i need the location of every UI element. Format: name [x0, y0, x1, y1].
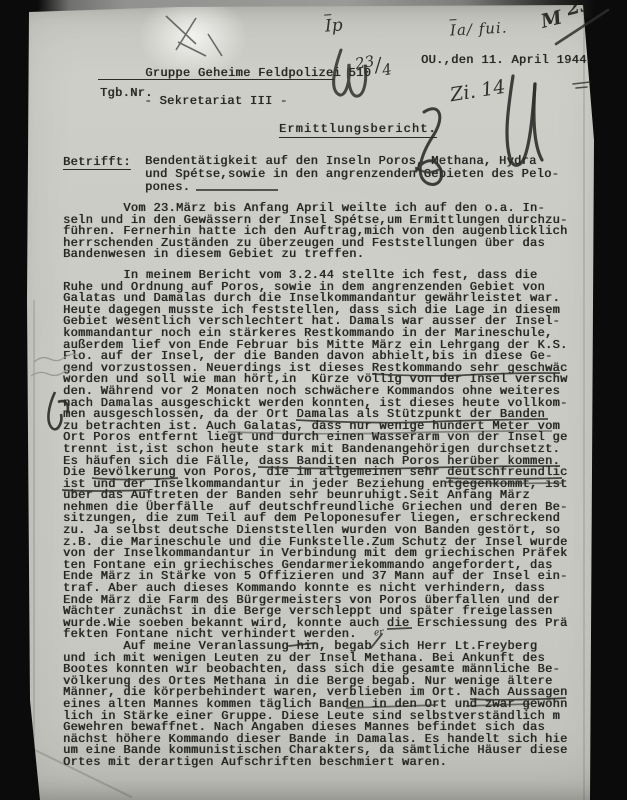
handwritten-room-note: Zi. 14: [449, 76, 507, 106]
diary-number-label: Tgb.Nr.: [100, 86, 153, 100]
paragraph-3: Auf meine Veranlassung hin, begab sich H…: [63, 641, 568, 769]
routing-rest: a/ fui.: [456, 19, 507, 40]
fold-line-left: [33, 300, 35, 800]
document-scan: Gruppe Geheime Feldpolizei 510 - Sekreta…: [0, 0, 627, 800]
subject-text: Bendentätigkeit auf den Inseln Poros, Me…: [145, 155, 559, 194]
corner-m: M: [539, 6, 565, 32]
header-underline: [98, 79, 334, 80]
document-page: Gruppe Geheime Feldpolizei 510 - Sekreta…: [0, 0, 627, 800]
dispatch-p: p: [331, 15, 343, 36]
paragraph-2: In meinem Bericht vom 3.2.44 stellte ich…: [63, 270, 568, 641]
unit-name: Gruppe Geheime Feldpolizei 510: [145, 66, 371, 80]
report-title: Ermittlungsbericht.: [279, 122, 437, 138]
handwritten-insert-mark: er: [373, 627, 384, 638]
subject-label: Betrifft:: [63, 155, 131, 170]
handwritten-dispatch-mark: Ip: [324, 15, 343, 36]
handwritten-routing-note: Ia/ fui.: [450, 19, 508, 40]
paragraph-1: Vom 23.März bis Anfang April weilte ich …: [63, 203, 568, 261]
fraction-denominator: 4: [381, 60, 394, 79]
place-date-line: OU.,den 11. April 1944: [421, 53, 587, 67]
handwritten-date-fraction: 23/4: [354, 49, 393, 84]
fold-line-right: [583, 0, 585, 800]
